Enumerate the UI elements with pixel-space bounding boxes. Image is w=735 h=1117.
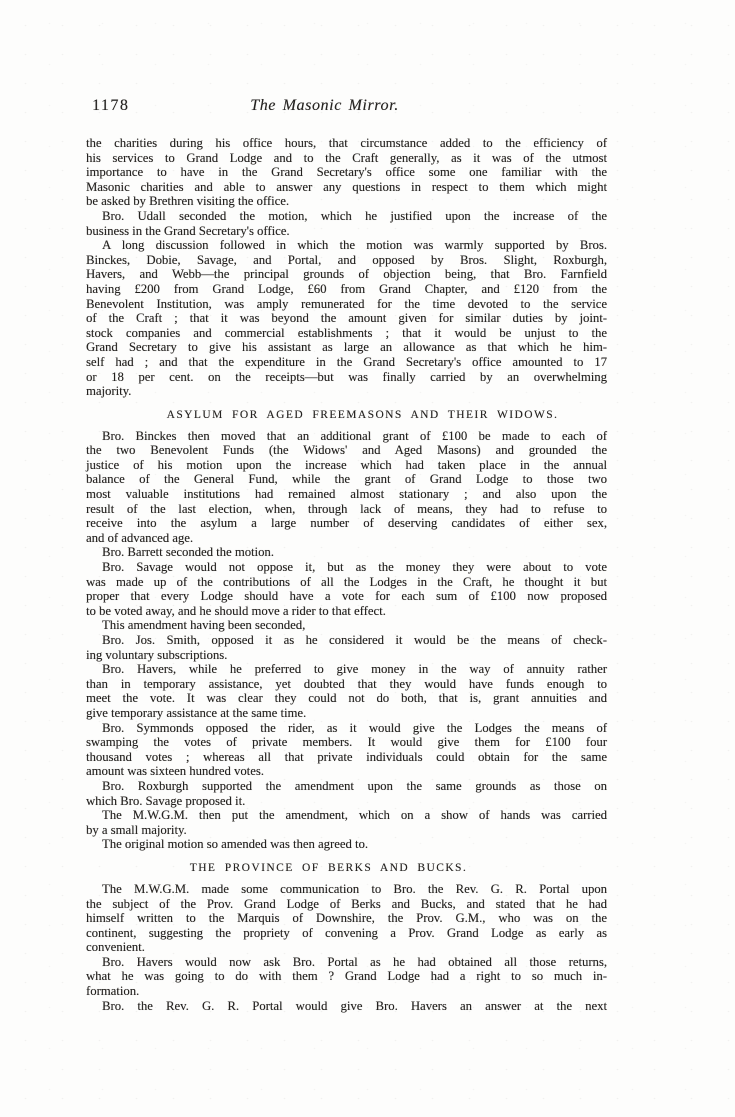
paragraph: Bro. Barrett seconded the motion. <box>86 545 607 560</box>
text-line: balance of the General Fund, while the g… <box>86 472 607 487</box>
text-line: This amendment having been seconded, <box>86 618 607 633</box>
paragraph: Bro. Binckes then moved that an addition… <box>86 429 607 546</box>
paragraph: Bro. Jos. Smith, opposed it as he consid… <box>86 633 607 662</box>
text-line: thousand votes ; whereas all that privat… <box>86 750 607 765</box>
text-line: which Bro. Savage proposed it. <box>86 794 607 809</box>
text-line: stock companies and commercial establish… <box>86 326 607 341</box>
text-line: Havers, and Webb—the principal grounds o… <box>86 267 607 282</box>
text-line: business in the Grand Secretary's office… <box>86 224 607 239</box>
text-line: amount was sixteen hundred votes. <box>86 764 607 779</box>
page-header: 1178 The Masonic Mirror. <box>86 97 607 119</box>
paragraph: A long discussion followed in which the … <box>86 238 607 399</box>
paragraph: Bro. Udall seconded the motion, which he… <box>86 209 607 238</box>
paragraph: The M.W.G.M. made some communication to … <box>86 882 607 955</box>
text-line: or 18 per cent. on the receipts—but was … <box>86 370 607 385</box>
paragraph: This amendment having been seconded, <box>86 618 607 633</box>
paragraph: The M.W.G.M. then put the amendment, whi… <box>86 808 607 837</box>
text-line: most valuable institutions had remained … <box>86 487 607 502</box>
text-line: Bro. Binckes then moved that an addition… <box>86 429 607 444</box>
text-line: justice of his motion upon the increase … <box>86 458 607 473</box>
text-line: Grand Secretary to give his assistant as… <box>86 340 607 355</box>
text-line: Bro. Havers would now ask Bro. Portal as… <box>86 955 607 970</box>
text-line: Binckes, Dobie, Savage, and Portal, and … <box>86 253 607 268</box>
text-line: than in temporary assistance, yet doubte… <box>86 677 607 692</box>
text-line: his services to Grand Lodge and to the C… <box>86 151 607 166</box>
text-line: by a small majority. <box>86 823 607 838</box>
text-line: formation. <box>86 984 607 999</box>
text-line: of the Craft ; that it was beyond the am… <box>86 311 607 326</box>
text-line: ing voluntary subscriptions. <box>86 648 607 663</box>
text-line: A long discussion followed in which the … <box>86 238 607 253</box>
text-line: majority. <box>86 384 607 399</box>
text-line: the subject of the Prov. Grand Lodge of … <box>86 897 607 912</box>
paragraph: Bro. Havers would now ask Bro. Portal as… <box>86 955 607 999</box>
text-line: The M.W.G.M. then put the amendment, whi… <box>86 808 607 823</box>
text-line: continent, suggesting the propriety of c… <box>86 926 607 941</box>
text-line: result of the last election, when, throu… <box>86 502 607 517</box>
text-line: what he was going to do with them ? Gran… <box>86 969 607 984</box>
text-line: Bro. the Rev. G. R. Portal would give Br… <box>86 999 607 1014</box>
paragraph: the charities during his office hours, t… <box>86 136 607 209</box>
text-line: and of advanced age. <box>86 531 607 546</box>
paragraph: The original motion so amended was then … <box>86 837 607 852</box>
text-line: give temporary assistance at the same ti… <box>86 706 607 721</box>
text-line: having £200 from Grand Lodge, £60 from G… <box>86 282 607 297</box>
paragraph: Bro. Symmonds opposed the rider, as it w… <box>86 721 607 779</box>
text-line: Benevolent Institution, was amply remune… <box>86 297 607 312</box>
text-line: to be voted away, and he should move a r… <box>86 604 607 619</box>
paragraph: Bro. Havers, while he preferred to give … <box>86 662 607 720</box>
text-line: importance to have in the Grand Secretar… <box>86 165 607 180</box>
text-line: be asked by Brethren visiting the office… <box>86 194 607 209</box>
text-line: Masonic charities and able to answer any… <box>86 180 607 195</box>
text-line: convenient. <box>86 940 607 955</box>
text-line: Bro. Savage would not oppose it, but as … <box>86 560 607 575</box>
text-line: receive into the asylum a large number o… <box>86 516 607 531</box>
text-line: meet the vote. It was clear they could n… <box>86 691 607 706</box>
text-line: himself written to the Marquis of Downsh… <box>86 911 607 926</box>
text-line: Bro. Barrett seconded the motion. <box>86 545 607 560</box>
paragraph: Bro. Savage would not oppose it, but as … <box>86 560 607 618</box>
text-line: Bro. Jos. Smith, opposed it as he consid… <box>86 633 607 648</box>
text-line: was made up of the contributions of all … <box>86 575 607 590</box>
text-line: Bro. Symmonds opposed the rider, as it w… <box>86 721 607 736</box>
paragraph: Bro. the Rev. G. R. Portal would give Br… <box>86 999 607 1014</box>
text-line: Bro. Roxburgh supported the amendment up… <box>86 779 607 794</box>
section-heading: THE PROVINCE OF BERKS AND BUCKS. <box>68 861 589 876</box>
text-line: The original motion so amended was then … <box>86 837 607 852</box>
section-heading: ASYLUM FOR AGED FREEMASONS AND THEIR WID… <box>102 408 623 423</box>
article-body: the charities during his office hours, t… <box>86 136 607 1013</box>
scanned-page: 1178 The Masonic Mirror. the charities d… <box>0 0 735 1117</box>
paragraph: Bro. Roxburgh supported the amendment up… <box>86 779 607 808</box>
running-title: The Masonic Mirror. <box>64 97 585 115</box>
text-line: self had ; and that the expenditure in t… <box>86 355 607 370</box>
text-line: proper that every Lodge should have a vo… <box>86 589 607 604</box>
text-line: Bro. Udall seconded the motion, which he… <box>86 209 607 224</box>
text-line: the two Benevolent Funds (the Widows' an… <box>86 443 607 458</box>
text-line: The M.W.G.M. made some communication to … <box>86 882 607 897</box>
text-line: swamping the votes of private members. I… <box>86 735 607 750</box>
text-line: Bro. Havers, while he preferred to give … <box>86 662 607 677</box>
text-line: the charities during his office hours, t… <box>86 136 607 151</box>
